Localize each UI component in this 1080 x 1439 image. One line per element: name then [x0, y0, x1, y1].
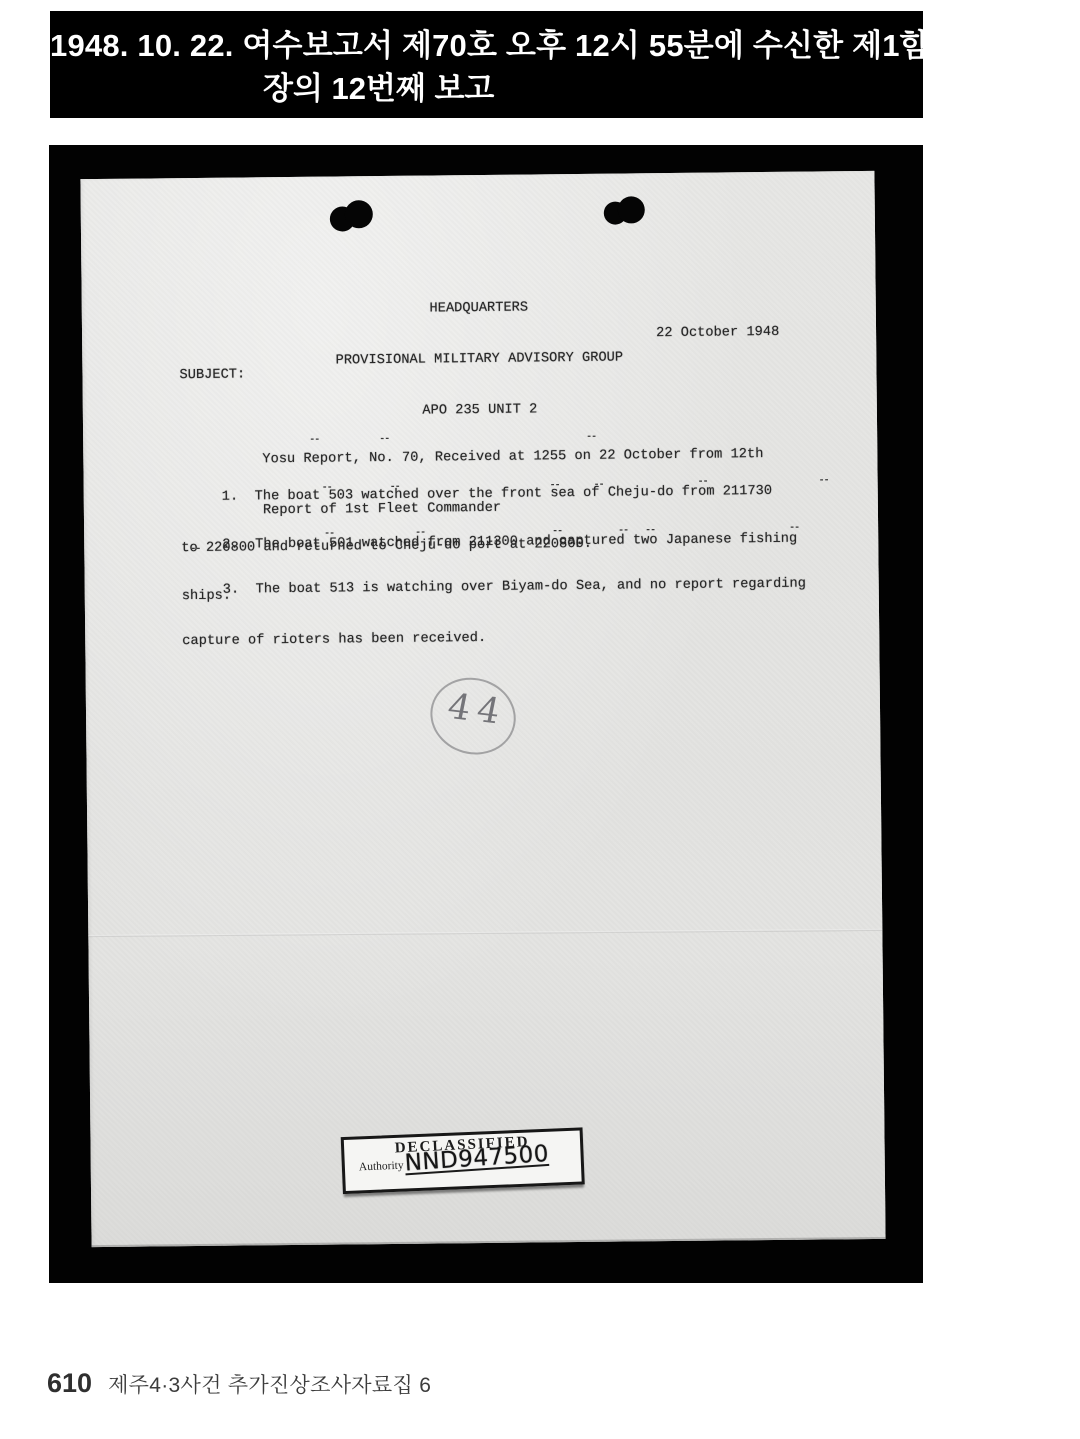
book-title: 제주4·3사건 추가진상조사자료집 6: [108, 1369, 431, 1399]
typewriter-artifact: --: [552, 526, 562, 537]
typewriter-artifact: --: [789, 523, 799, 534]
document-paper: HEADQUARTERS PROVISIONAL MILITARY ADVISO…: [80, 171, 885, 1247]
pencil-annotation: 44: [430, 678, 517, 757]
typewriter-artifact: --: [594, 480, 604, 491]
paragraph-line: capture of rioters has been received.: [182, 627, 806, 651]
typewriter-artifact: --: [819, 475, 829, 486]
book-page: 1948. 10. 22. 여수보고서 제70호 오후 12시 55분에 수신한…: [0, 0, 1080, 1439]
typewriter-artifact: --: [618, 525, 628, 536]
book-footer: 610 제주4·3사건 추가진상조사자료집 6: [47, 1368, 431, 1399]
declassified-stamp: DECLASSIFIED Authority NND947500: [341, 1127, 585, 1194]
paragraph-line: 3. The boat 513 is watching over Biyam-d…: [182, 576, 806, 600]
typewriter-artifact: --: [379, 434, 389, 445]
caption-bar: 1948. 10. 22. 여수보고서 제70호 오후 12시 55분에 수신한…: [50, 11, 923, 118]
typewriter-artifact: --: [586, 432, 596, 443]
punch-hole-lobe: [345, 200, 373, 228]
punch-hole-right-icon: [80, 171, 874, 179]
punch-hole-lobe: [618, 196, 645, 223]
stamp-authority-number: NND947500: [404, 1144, 550, 1176]
paragraph-3: 3. The boat 513 is watching over Biyam-d…: [181, 542, 807, 685]
typewriter-artifact: --: [190, 544, 200, 555]
document-photo: HEADQUARTERS PROVISIONAL MILITARY ADVISO…: [49, 145, 923, 1283]
caption-title-line1: 1948. 10. 22. 여수보고서 제70호 오후 12시 55분에 수신한…: [50, 24, 923, 67]
caption-title-line2: 장의 12번째 보고: [263, 67, 923, 110]
book-page-number: 610: [47, 1368, 92, 1399]
letterhead-line: HEADQUARTERS: [82, 296, 876, 321]
fold-crease: [88, 929, 882, 937]
subject-label: SUBJECT:: [179, 366, 245, 384]
typewriter-artifact: --: [698, 477, 708, 488]
typewriter-artifact: --: [309, 435, 319, 446]
typewriter-artifact: --: [550, 480, 560, 491]
pencil-page-number: 44: [444, 687, 510, 733]
typewriter-artifact: --: [415, 528, 425, 539]
typewriter-artifact: --: [390, 482, 400, 493]
document-date: 22 October 1948: [656, 324, 779, 342]
typewriter-artifact: --: [322, 483, 332, 494]
stamp-authority-label: Authority: [359, 1160, 404, 1174]
typewriter-artifact: --: [324, 529, 334, 540]
typewriter-artifact: --: [645, 525, 655, 536]
punch-hole-left-icon: [80, 171, 874, 179]
